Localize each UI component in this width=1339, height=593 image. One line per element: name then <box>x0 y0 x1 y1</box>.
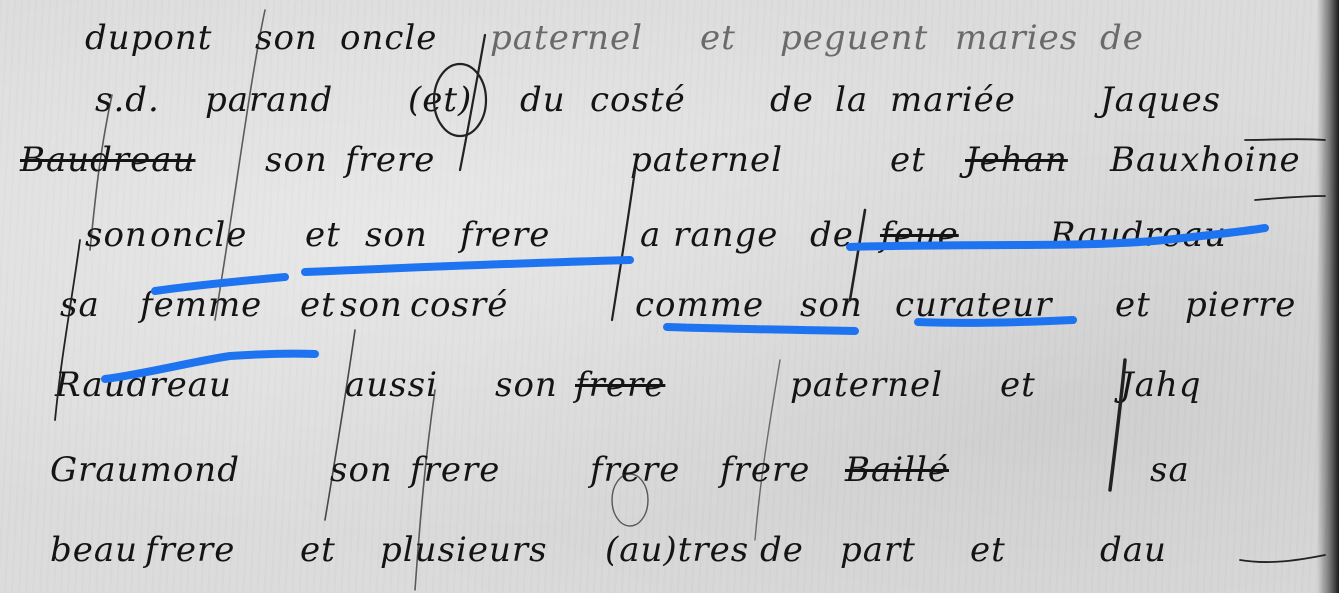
underline-oncle <box>155 277 285 291</box>
underline-curateur <box>918 320 1073 323</box>
page-edge-shadow <box>1317 0 1339 593</box>
annotation-layer <box>0 0 1339 593</box>
underline-sa-femme <box>105 354 315 379</box>
underline-et-son-frere <box>305 260 630 272</box>
underline-comme <box>667 327 855 331</box>
underline-de-feue-raudreau <box>850 228 1265 247</box>
manuscript-page: dupont son oncle paternel et peguent mar… <box>0 0 1339 593</box>
